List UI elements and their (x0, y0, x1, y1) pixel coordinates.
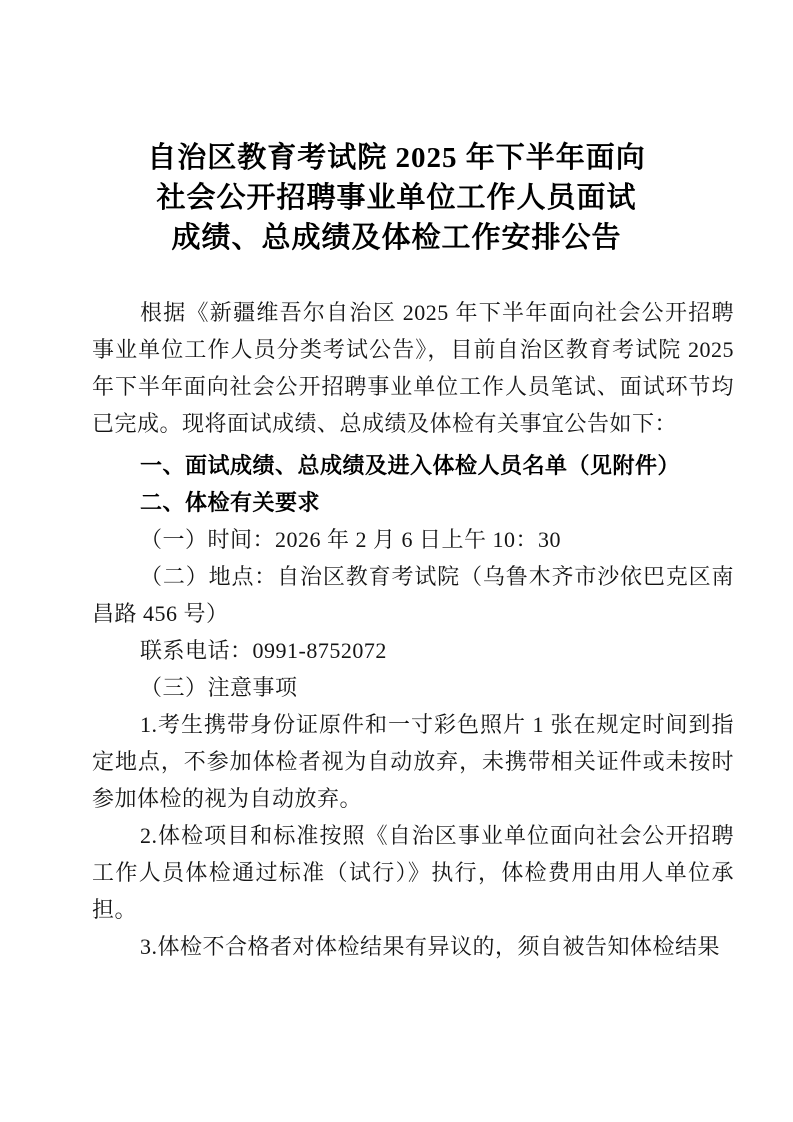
item-location: （二）地点：自治区教育考试院（乌鲁木齐市沙依巴克区南昌路 456 号） (92, 558, 734, 632)
section-heading-exam-requirements: 二、体检有关要求 (92, 484, 734, 521)
intro-paragraph: 根据《新疆维吾尔自治区 2025 年下半年面向社会公开招聘事业单位工作人员分类考… (92, 294, 734, 442)
title-line-3: 成绩、总成绩及体检工作安排公告 (0, 218, 793, 258)
document-body: 根据《新疆维吾尔自治区 2025 年下半年面向社会公开招聘事业单位工作人员分类考… (92, 294, 734, 965)
item-notes-heading: （三）注意事项 (92, 669, 734, 706)
section-heading-interview-scores: 一、面试成绩、总成绩及进入体检人员名单（见附件） (92, 447, 734, 484)
title-line-2: 社会公开招聘事业单位工作人员面试 (0, 178, 793, 218)
document-page: 自治区教育考试院 2025 年下半年面向 社会公开招聘事业单位工作人员面试 成绩… (0, 0, 793, 1122)
item-time: （一）时间：2026 年 2 月 6 日上午 10：30 (92, 521, 734, 558)
note-1: 1.考生携带身份证原件和一寸彩色照片 1 张在规定时间到指定地点，不参加体检者视… (92, 706, 734, 817)
title-line-1: 自治区教育考试院 2025 年下半年面向 (0, 138, 793, 178)
contact-phone: 联系电话：0991-8752072 (92, 632, 734, 669)
note-2: 2.体检项目和标准按照《自治区事业单位面向社会公开招聘工作人员体检通过标准（试行… (92, 817, 734, 928)
note-3-truncated: 3.体检不合格者对体检结果有异议的，须自被告知体检结果 (92, 928, 734, 965)
document-title: 自治区教育考试院 2025 年下半年面向 社会公开招聘事业单位工作人员面试 成绩… (0, 138, 793, 258)
